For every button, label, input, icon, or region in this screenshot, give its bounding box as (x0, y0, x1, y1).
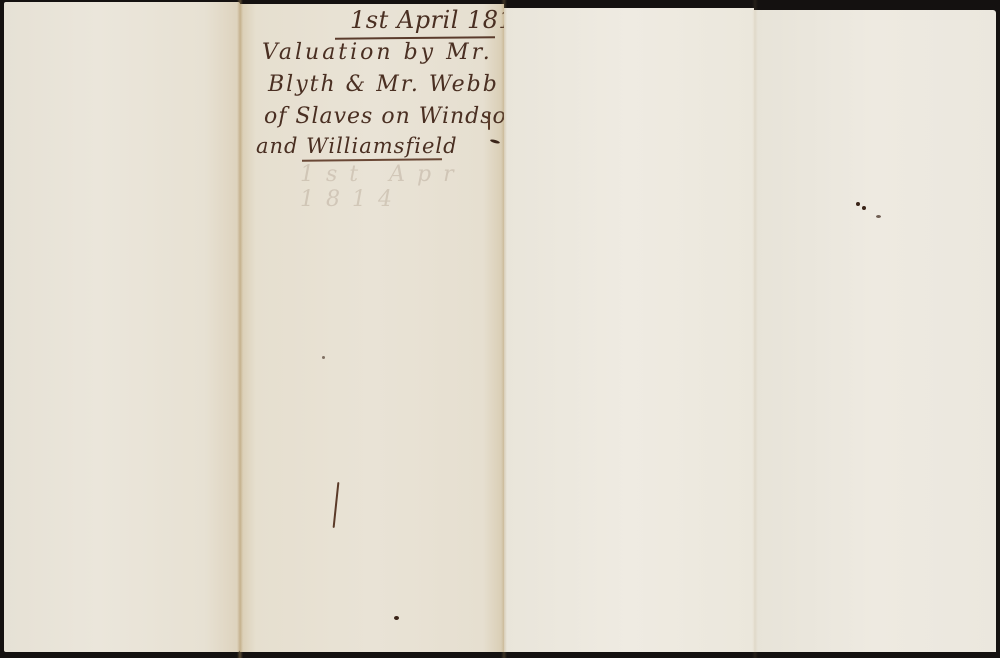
fold-crease (501, 0, 507, 658)
docket-line-4: and Williamsfield (256, 134, 458, 158)
ink-speck (394, 616, 399, 620)
left-fold-panel (4, 2, 240, 652)
right-fold-panel-b (754, 10, 996, 652)
ink-speck (322, 356, 325, 359)
document-scan: 1st April 1814 Valuation by Mr. Blyth & … (0, 0, 1000, 658)
fold-crease (237, 0, 243, 658)
docket-line-2: Blyth & Mr. Webb (268, 72, 499, 97)
fold-crease (752, 0, 758, 658)
ink-speck (856, 202, 860, 206)
right-fold-panel-a (504, 8, 754, 652)
ink-speck (876, 215, 881, 218)
ink-stroke (488, 112, 490, 130)
ink-blot (490, 139, 500, 144)
ink-stroke (333, 482, 340, 528)
docket-line-3: of Slaves on Windsor (264, 104, 518, 129)
docket-line-1: Valuation by Mr. (262, 40, 493, 65)
faded-bleed-through-date: 1st Apr 1814 (300, 162, 504, 212)
docket-panel: 1st April 1814 Valuation by Mr. Blyth & … (240, 4, 504, 652)
ink-speck (862, 206, 866, 210)
